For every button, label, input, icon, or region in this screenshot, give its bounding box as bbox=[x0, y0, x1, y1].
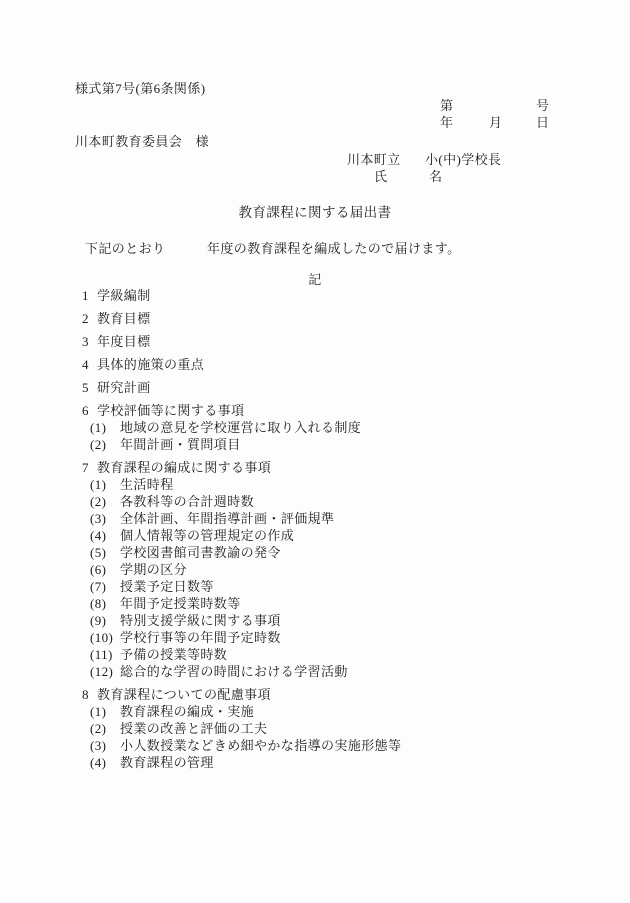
list-subitem-7-1: (1)生活時程 bbox=[0, 476, 630, 493]
item-label: 各教科等の合計週時数 bbox=[120, 494, 254, 509]
item-label: 授業予定日数等 bbox=[120, 579, 214, 594]
item-list: 1学級編制2教育目標3年度目標4具体的施策の重点5研究計画6学校評価等に関する事… bbox=[0, 287, 630, 771]
item-label: 総合的な学習の時間における学習活動 bbox=[120, 664, 348, 679]
item-number: 6 bbox=[82, 402, 97, 419]
list-subitem-7-8: (8)年間予定授業時数等 bbox=[0, 595, 630, 612]
list-subitem-7-9: (9)特別支援学級に関する事項 bbox=[0, 612, 630, 629]
item-label: 個人情報等の管理規定の作成 bbox=[120, 528, 294, 543]
item-label: 教育課程についての配慮事項 bbox=[97, 687, 271, 702]
item-label: 特別支援学級に関する事項 bbox=[120, 613, 281, 628]
list-item-5: 5研究計画 bbox=[0, 379, 630, 396]
item-label: 教育課程の編成・実施 bbox=[120, 704, 254, 719]
list-subitem-8-1: (1)教育課程の編成・実施 bbox=[0, 703, 630, 720]
list-subitem-7-11: (11)予備の授業等時数 bbox=[0, 646, 630, 663]
item-number: (7) bbox=[90, 578, 120, 595]
list-subitem-7-10: (10)学校行事等の年間予定時数 bbox=[0, 629, 630, 646]
document-title: 教育課程に関する届出書 bbox=[0, 201, 630, 221]
item-label: 教育目標 bbox=[97, 311, 151, 326]
item-number: 1 bbox=[82, 287, 97, 304]
list-subitem-7-4: (4)個人情報等の管理規定の作成 bbox=[0, 527, 630, 544]
item-label: 教育課程の編成に関する事項 bbox=[97, 460, 271, 475]
item-number: 4 bbox=[82, 356, 97, 373]
item-number: (1) bbox=[90, 419, 120, 436]
item-number: (12) bbox=[90, 663, 120, 680]
item-number: 2 bbox=[82, 310, 97, 327]
date-line: 年 月 日 bbox=[0, 112, 630, 129]
item-label: 地域の意見を学校運営に取り入れる制度 bbox=[120, 420, 361, 435]
item-number: (1) bbox=[90, 476, 120, 493]
item-number: (11) bbox=[90, 646, 120, 663]
item-label: 学期の区分 bbox=[120, 562, 187, 577]
item-number: (8) bbox=[90, 595, 120, 612]
list-subitem-6-1: (1)地域の意見を学校運営に取り入れる制度 bbox=[0, 419, 630, 436]
item-label: 年間計画・質問項目 bbox=[120, 437, 241, 452]
item-label: 学校行事等の年間予定時数 bbox=[120, 630, 281, 645]
list-subitem-7-3: (3)全体計画、年間指導計画・評価規準 bbox=[0, 510, 630, 527]
list-subitem-8-2: (2)授業の改善と評価の工夫 bbox=[0, 720, 630, 737]
list-subitem-7-12: (12)総合的な学習の時間における学習活動 bbox=[0, 663, 630, 680]
item-number: (2) bbox=[90, 720, 120, 737]
item-label: 生活時程 bbox=[120, 477, 174, 492]
list-item-6: 6学校評価等に関する事項 bbox=[0, 402, 630, 419]
item-label: 年度目標 bbox=[97, 334, 151, 349]
item-label: 学級編制 bbox=[97, 288, 151, 303]
list-subitem-7-5: (5)学校図書館司書教諭の発令 bbox=[0, 544, 630, 561]
item-label: 授業の改善と評価の工夫 bbox=[120, 721, 267, 736]
item-number: (2) bbox=[90, 493, 120, 510]
item-number: 7 bbox=[82, 459, 97, 476]
list-subitem-8-4: (4)教育課程の管理 bbox=[0, 754, 630, 771]
sender-name-first-label: 氏 bbox=[374, 166, 387, 185]
item-label: 全体計画、年間指導計画・評価規準 bbox=[120, 511, 334, 526]
item-number: (2) bbox=[90, 436, 120, 453]
item-number: (3) bbox=[90, 510, 120, 527]
item-label: 予備の授業等時数 bbox=[120, 647, 227, 662]
list-item-8: 8教育課程についての配慮事項 bbox=[0, 686, 630, 703]
item-label: 小人数授業などきめ細やかな指導の実施形態等 bbox=[120, 738, 401, 753]
list-item-4: 4具体的施策の重点 bbox=[0, 356, 630, 373]
document-number-line: 第 号 bbox=[0, 95, 630, 112]
item-number: (3) bbox=[90, 737, 120, 754]
item-number: (6) bbox=[90, 561, 120, 578]
item-label: 具体的施策の重点 bbox=[97, 357, 204, 372]
list-item-3: 3年度目標 bbox=[0, 333, 630, 350]
document-page: 様式第7号(第6条関係) 第 号 年 月 日 川本町教育委員会 様 川本町立 小… bbox=[0, 0, 630, 903]
list-subitem-8-3: (3)小人数授業などきめ細やかな指導の実施形態等 bbox=[0, 737, 630, 754]
section-mark: 記 bbox=[0, 269, 630, 288]
item-number: 8 bbox=[82, 686, 97, 703]
item-number: (9) bbox=[90, 612, 120, 629]
list-item-1: 1学級編制 bbox=[0, 287, 630, 304]
intro-line: 下記のとおり 年度の教育課程を編成したので届けます。 bbox=[0, 238, 630, 255]
item-label: 教育課程の管理 bbox=[120, 755, 214, 770]
date-day-label: 日 bbox=[536, 112, 549, 131]
list-subitem-7-6: (6)学期の区分 bbox=[0, 561, 630, 578]
item-number: (4) bbox=[90, 754, 120, 771]
item-label: 学校評価等に関する事項 bbox=[97, 403, 244, 418]
sender-line-1: 川本町立 小(中)学校長 bbox=[0, 149, 630, 166]
item-number: (10) bbox=[90, 629, 120, 646]
item-label: 学校図書館司書教諭の発令 bbox=[120, 545, 281, 560]
item-number: (1) bbox=[90, 703, 120, 720]
item-label: 研究計画 bbox=[97, 380, 151, 395]
item-label: 年間予定授業時数等 bbox=[120, 596, 241, 611]
date-month-label: 月 bbox=[489, 112, 502, 131]
item-number: (4) bbox=[90, 527, 120, 544]
list-subitem-7-7: (7)授業予定日数等 bbox=[0, 578, 630, 595]
item-number: 3 bbox=[82, 333, 97, 350]
list-item-7: 7教育課程の編成に関する事項 bbox=[0, 459, 630, 476]
intro-lead: 下記のとおり bbox=[85, 238, 165, 257]
date-year-label: 年 bbox=[440, 112, 453, 131]
item-number: 5 bbox=[82, 379, 97, 396]
intro-rest: 年度の教育課程を編成したので届けます。 bbox=[207, 238, 461, 257]
addressee: 川本町教育委員会 様 bbox=[75, 131, 209, 150]
list-subitem-7-2: (2)各教科等の合計週時数 bbox=[0, 493, 630, 510]
list-subitem-6-2: (2)年間計画・質問項目 bbox=[0, 436, 630, 453]
sender-name-last-label: 名 bbox=[429, 166, 442, 185]
sender-line-2: 氏 名 bbox=[0, 166, 630, 183]
list-item-2: 2教育目標 bbox=[0, 310, 630, 327]
item-number: (5) bbox=[90, 544, 120, 561]
